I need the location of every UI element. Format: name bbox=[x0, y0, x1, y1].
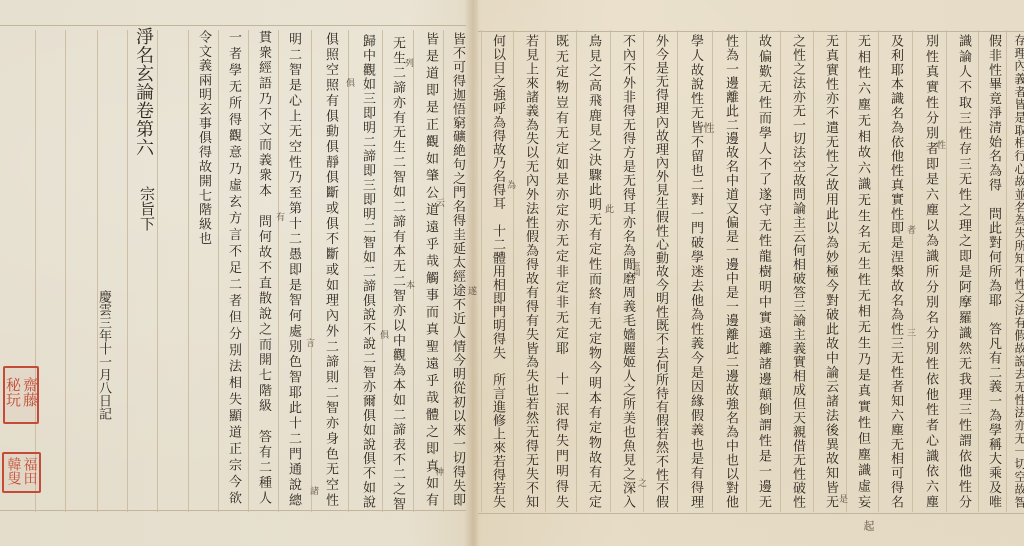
text-column: 皆不可得迦悟窮礦絶句之門名得圭延太經途不近人情今明從初以來一切得失即 bbox=[448, 32, 466, 506]
text-column: 貫衆經語乃不文而義衆本 問何故不直散說之而開七階級 答有二種人 bbox=[254, 30, 272, 504]
column-rule bbox=[643, 30, 644, 512]
interlinear-annotation: 性 bbox=[935, 140, 945, 149]
column-rule bbox=[127, 30, 128, 512]
column-rule bbox=[746, 30, 747, 512]
interlinear-annotation: 起 bbox=[863, 520, 873, 531]
collector-seal-lower: 福田韓叟 bbox=[2, 452, 41, 493]
column-rule bbox=[813, 30, 814, 512]
column-rule bbox=[610, 30, 611, 512]
interlinear-annotation: 本 bbox=[404, 280, 414, 289]
text-column: 別性真實性分別者即是六塵以為識所分別名分別性依他性者心識依六塵 bbox=[921, 34, 939, 508]
interlinear-annotation: 是 bbox=[837, 494, 847, 503]
top-rule-left bbox=[0, 25, 466, 26]
column-rule bbox=[311, 30, 312, 512]
column-rule bbox=[878, 30, 879, 512]
interlinear-annotation: 俱 bbox=[344, 78, 354, 87]
text-column: 皆是道即是正觀如肇公道遠乎哉觸事而真聖遠乎哉體之即真如有 bbox=[421, 32, 439, 506]
column-rule bbox=[248, 30, 249, 512]
text-column: 性為一邊離此二邊故名中道又偏是一邊中是一邊離此二邊故強名為中也以對他 bbox=[721, 34, 739, 508]
column-rule bbox=[35, 30, 36, 512]
text-column: 外今是无得理內故理內外見生假性心動故今明性既不去何所待有假若然不性不假 bbox=[651, 34, 669, 508]
column-rule bbox=[513, 30, 514, 512]
text-column: 假非性畢竟淨清始名為得 問此對何所為耶 答凡有二義一為學稱大乘及唯 bbox=[984, 34, 1002, 508]
text-column: 何以目之強呼為得故乃名得耳 十二體用相即門明得失 所言進修上來若得若失 bbox=[488, 34, 506, 508]
text-column-final: 令文義兩明玄事俱得故開七階級也 bbox=[194, 30, 212, 246]
colophon-date: 慶雲三年十一月八日記 bbox=[95, 290, 111, 420]
top-rule-right bbox=[478, 31, 1024, 32]
column-rule bbox=[576, 30, 577, 512]
interlinear-annotation: 此 bbox=[603, 204, 613, 213]
text-column: 俱照空照有俱動俱靜俱斷或俱不斷或如理內外二諦則二智亦身色无空性 bbox=[321, 32, 339, 506]
text-column: 明二智是心上无空性乃至第十二愚即是智何處別色智耶此十二門通說總 bbox=[284, 32, 302, 506]
manuscript-scroll: 存理內義者皆是取相行心故並名為失所知不性之法有假故說去无性法亦无一切空故智 假非… bbox=[0, 0, 1024, 546]
column-rule bbox=[382, 30, 383, 512]
column-rule bbox=[97, 30, 98, 512]
interlinear-annotation: 有 bbox=[274, 212, 284, 221]
seal-text: 福田韓叟 bbox=[6, 457, 38, 489]
column-rule bbox=[481, 30, 482, 512]
column-rule bbox=[712, 30, 713, 512]
bottom-rule-left bbox=[0, 510, 466, 511]
text-column: 識論人不取三性存三无性之理之即是阿摩羅識然无我理三性謂依他性分 bbox=[954, 34, 972, 508]
column-rule bbox=[846, 30, 847, 512]
text-column: 无生二諦亦有无生二智如二諦有本无二智亦以中觀為本如二諦表不二之智 bbox=[388, 36, 406, 510]
interlinear-annotation: 遂 bbox=[466, 286, 476, 295]
column-rule bbox=[443, 30, 444, 512]
column-rule bbox=[946, 30, 947, 512]
interlinear-annotation: 之 bbox=[636, 478, 646, 487]
text-column: 既无定物豈有无定如是亦定亦无定非定非无定耶 十一泯得失門明得失 bbox=[551, 34, 569, 508]
interlinear-annotation: 莊周 bbox=[631, 262, 641, 276]
column-rule bbox=[780, 30, 781, 512]
text-column: 鳥見之高飛鹿見之決驟此明无有定性而終有无定物今明本有定物故有无定 bbox=[584, 34, 602, 508]
interlinear-annotation: 神 bbox=[433, 467, 443, 476]
interlinear-annotation: 為 bbox=[505, 180, 515, 189]
paper-seam bbox=[464, 0, 478, 546]
column-rule bbox=[218, 30, 219, 512]
column-rule bbox=[157, 30, 158, 512]
column-rule bbox=[677, 30, 678, 512]
text-column: 故偏歎无性而學人不了遂守无性龍樹明中實遠離諸邊顛倒謂性是一邊无 bbox=[754, 34, 772, 508]
bottom-rule-right bbox=[478, 513, 1024, 514]
text-column: 學人故說性无皆不留也二對一門破學迷去他為性義今是因緣假義也是有得理 bbox=[686, 34, 704, 508]
text-column: 之性之法亦无一切法空故問論主云何相破答三論主義實相成但天親借无性破性 bbox=[788, 34, 806, 508]
seal-text: 齋藤秘玩 bbox=[4, 377, 38, 413]
interlinear-annotation: 性 bbox=[703, 122, 713, 133]
column-rule bbox=[912, 30, 913, 512]
interlinear-annotation: 俱 bbox=[378, 330, 388, 339]
text-column: 若見上來諸義為失以无內外法性假為得故有得有失皆為失也若然无得无失不知 bbox=[521, 34, 539, 508]
column-rule bbox=[348, 30, 349, 512]
interlinear-annotation: 三 bbox=[905, 328, 915, 337]
collector-seal-upper: 齋藤秘玩 bbox=[3, 366, 39, 424]
column-rule bbox=[413, 30, 414, 512]
section-subtitle: 宗旨下 bbox=[138, 186, 156, 231]
text-column: 歸中觀如三即明二諦即三即明二智如二諦俱說不說二智亦爾俱如說俱不如說 bbox=[358, 34, 376, 508]
interlinear-annotation: 云 bbox=[434, 198, 444, 207]
column-rule bbox=[1006, 30, 1007, 512]
text-column: 存理內義者皆是取相行心故並名為失所知不性之法有假故說去无性法亦无一切空故智 bbox=[1011, 34, 1024, 508]
column-rule bbox=[65, 30, 66, 512]
interlinear-annotation: 諸 bbox=[308, 486, 318, 495]
text-column: 无相性六塵无相故六識无生名无生性无相无生乃是真實性但塵識虛妄 bbox=[853, 34, 871, 508]
scroll-title: 淨名玄論卷第六 bbox=[132, 27, 154, 157]
text-column: 一者學无所得觀意乃虛玄方言不足二者但分別法相失顯道正宗今欲 bbox=[224, 30, 242, 504]
column-rule bbox=[978, 30, 979, 512]
column-rule bbox=[278, 30, 279, 512]
interlinear-annotation: 列 bbox=[403, 58, 413, 67]
column-rule bbox=[545, 30, 546, 512]
column-rule bbox=[188, 30, 189, 512]
text-column: 无真實性亦不遣无性之故用此以為妙極今對破此故中論云諸法後異故知皆无 bbox=[821, 34, 839, 508]
interlinear-annotation: 言 bbox=[304, 338, 314, 347]
interlinear-annotation: 者 bbox=[905, 225, 915, 234]
text-column: 及利耶本識名為依他性真實性即是涅槃故名為性三无性者知六塵无相可得名 bbox=[886, 34, 904, 508]
